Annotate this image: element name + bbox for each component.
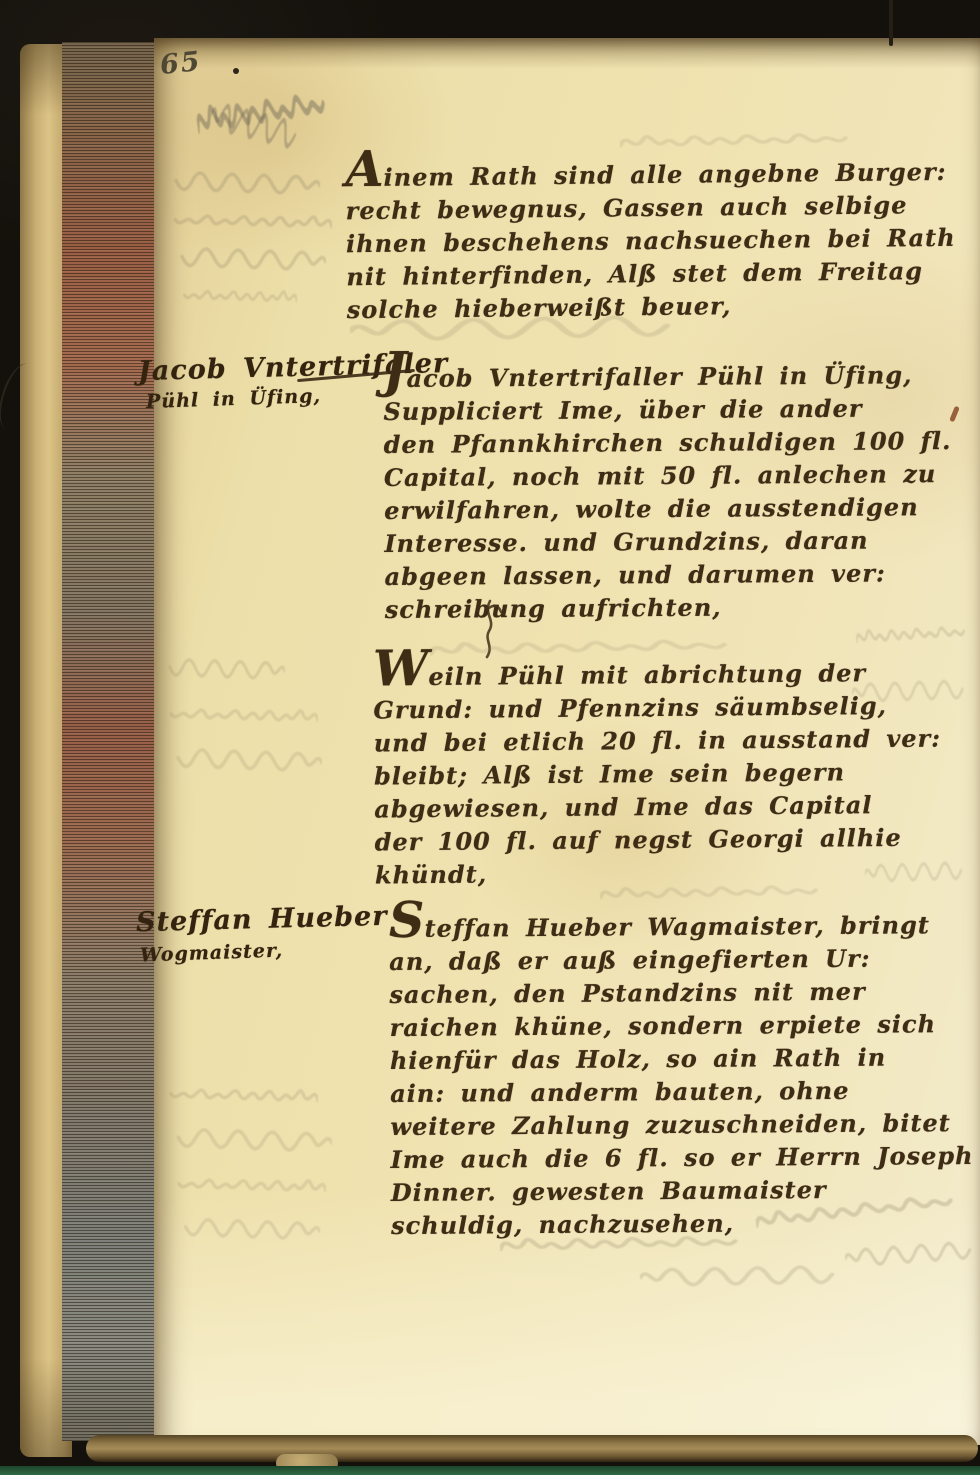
manuscript-line: ain: und anderm bauten, ohne — [390, 1073, 973, 1110]
manuscript-line: Capital, noch mit 50 fl. anlechen zu — [384, 457, 952, 494]
page-edge-stack — [62, 42, 156, 1441]
manuscript-line: Jacob Vntertrifaller Pühl in Üfing, — [383, 350, 951, 395]
manuscript-line: Ime auch die 6 fl. so er Herrn Joseph — [390, 1139, 973, 1176]
margin-note-name: Steffan Hueber — [136, 901, 388, 939]
bleed-through-mark — [168, 1079, 318, 1110]
manuscript-line: hienfür das Holz, so ain Rath in — [390, 1040, 973, 1077]
manuscript-line: raichen khüne, sondern erpiete sich — [390, 1007, 973, 1044]
bleed-through-mark — [172, 205, 332, 236]
manuscript-line: abgeen lassen, und darumen ver: — [384, 556, 952, 593]
bleed-through-mark — [182, 281, 297, 309]
manuscript-line: bleibt; Alß ist Ime sein begern — [374, 755, 942, 793]
bleed-through-mark — [172, 742, 323, 775]
bleed-through-mark — [172, 1122, 333, 1156]
bleed-through-mark — [350, 309, 680, 345]
bleed-through-mark — [600, 876, 820, 906]
manuscript-line: und bei etlich 20 fl. in ausstand ver: — [374, 722, 942, 760]
bleed-through-mark — [430, 629, 730, 662]
manuscript-line: weitere Zahlung zuzuschneiden, bitet — [390, 1106, 973, 1143]
manuscript-line: erwilfahren, wolte die ausstendigen — [384, 490, 952, 527]
cover-bottom-roll — [86, 1435, 978, 1462]
entry-paragraph-2: Jacob Vntertrifaller Pühl in Üfing, Supp… — [383, 350, 953, 626]
manuscript-line: Interesse. und Grundzins, daran — [384, 523, 952, 560]
background-corner — [868, 0, 980, 40]
bleed-through-mark — [852, 674, 968, 706]
manuscript-line: an, daß er auß eingefierten Ur: — [389, 941, 972, 978]
manuscript-line: Suppliciert Ime, über die ander — [383, 391, 951, 428]
manuscript-line: sachen, den Pstandzins nit mer — [389, 974, 972, 1011]
bleed-through-mark — [855, 615, 966, 651]
manuscript-line: den Pfannkhirchen schuldigen 100 fl. — [384, 424, 952, 461]
entry-paragraph-1: Ainem Rath sind alle angebne Burger: rec… — [345, 147, 956, 326]
table-surface — [0, 1466, 980, 1475]
bleed-through-mark — [640, 1260, 840, 1289]
ink-dot — [233, 68, 239, 74]
manuscript-line: der 100 fl. auf negst Georgi allhie — [374, 821, 942, 859]
bleed-through-mark — [168, 699, 318, 730]
bleed-through-mark — [620, 124, 850, 154]
bleed-through-mark — [176, 1169, 326, 1200]
manuscript-line: abgewiesen, und Ime das Capital — [374, 788, 942, 826]
bleed-through-mark — [165, 653, 286, 683]
bleed-through-mark — [170, 165, 321, 198]
manuscript-scan: 65 Ainem Rath sind alle angebne Burger: … — [0, 0, 980, 1475]
manuscript-line: Ainem Rath sind alle angebne Burger: — [345, 147, 955, 194]
folio-number: 65 — [158, 46, 203, 81]
binding-strap-mark — [889, 0, 893, 46]
bleed-through-mark — [180, 1213, 321, 1244]
bleed-through-mark — [865, 856, 966, 885]
bleed-through-mark — [176, 241, 327, 274]
manuscript-line: Steffan Hueber Wagmaister, bringt — [389, 900, 972, 945]
bleed-through-mark — [500, 1226, 740, 1258]
